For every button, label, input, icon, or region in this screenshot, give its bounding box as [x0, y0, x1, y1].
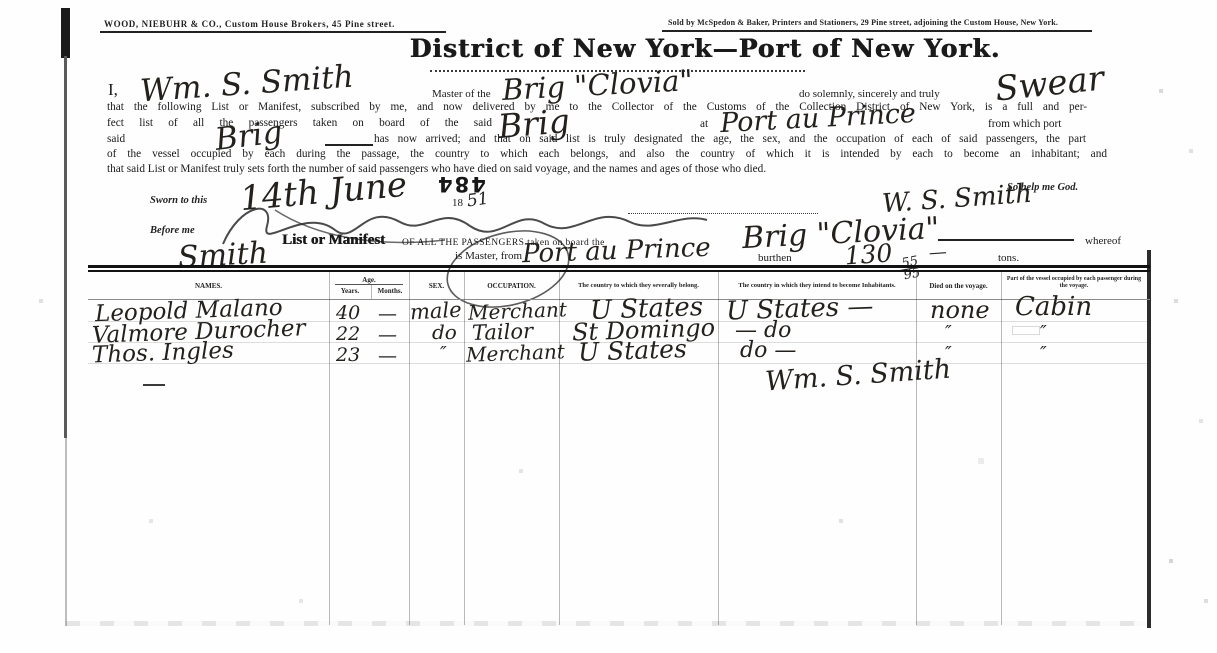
col-line-1	[329, 272, 330, 625]
age-rule	[335, 284, 403, 285]
printer-imprint-right: Sold by McSpedon & Baker, Printers and S…	[668, 18, 1058, 27]
row3-age-years: 23	[336, 344, 360, 366]
header-died: Died on the voyage.	[916, 282, 1001, 290]
table-top-rule	[88, 265, 1150, 272]
oath-line3: fect list of all the passengers taken on…	[107, 117, 492, 129]
page-title: District of New York—Port of New York.	[380, 34, 1030, 63]
row3-vessel-part: ″	[1040, 343, 1047, 364]
manifest-is-master-from: is Master, from	[455, 250, 522, 262]
left-edge-line	[64, 56, 67, 438]
oath-solemnly: do solemnly, sincerely and truly	[799, 88, 940, 100]
manifest-burthen: burthen	[758, 252, 792, 264]
oath-from-which-port: from which port	[988, 118, 1061, 130]
header-country-belong: The country to which they severally belo…	[562, 282, 715, 290]
oath-master-of-the: Master of the	[432, 88, 491, 100]
left-edge-dark	[61, 8, 70, 58]
printer-imprint-left: WOOD, NIEBUHR & CO., Custom House Broker…	[104, 19, 395, 29]
col-line-7	[1001, 272, 1002, 625]
imprint-right-rule	[662, 30, 1092, 32]
oath-line4: has now arrived; and that on said list i…	[374, 133, 1086, 145]
row3-country-belong: U States	[578, 334, 688, 367]
row2-died: ″	[945, 322, 952, 343]
row1-age-years: 40	[336, 302, 360, 324]
tonnage-handwritten: 1305595 —	[844, 234, 949, 284]
header-vessel-part: Part of the vessel occupied by each pass…	[1006, 276, 1142, 290]
row3-name: Thos. Ingles	[92, 338, 235, 369]
row3-occupation: Merchant	[466, 339, 566, 366]
row3-age-months: —	[378, 345, 397, 367]
fill-dash-1	[325, 144, 373, 146]
row2-sex: do	[432, 320, 457, 344]
oath-at: at	[700, 118, 708, 130]
oath-line2: that the following List or Manifest, sub…	[107, 101, 1087, 113]
row3-country-inhabit: do —	[740, 338, 796, 363]
bottom-edge	[66, 621, 1150, 626]
manifest-document: WOOD, NIEBUHR & CO., Custom House Broker…	[0, 0, 1217, 653]
header-occupation: OCCUPATION.	[464, 282, 559, 290]
scan-noise	[0, 0, 2, 2]
row1-died: none	[930, 296, 990, 324]
before-me-label: Before me	[150, 225, 195, 236]
row1-vessel-part: Cabin	[1015, 292, 1092, 322]
oath-said: said	[107, 133, 125, 145]
faint-stamp-mark	[1012, 326, 1040, 335]
right-edge-line	[1147, 250, 1151, 628]
col-line-5	[718, 272, 719, 625]
row2-age-years: 22	[336, 323, 360, 345]
manifest-tons: tons.	[998, 252, 1019, 264]
col-line-4	[559, 272, 560, 625]
left-edge-faint	[65, 438, 67, 626]
manifest-whereof: whereof	[1085, 235, 1121, 247]
col-line-6	[916, 272, 917, 625]
header-age: Age.	[329, 276, 409, 284]
row2-age-months: —	[378, 324, 397, 346]
imprint-left-rule	[100, 31, 446, 33]
row2-vessel-part: ″	[1040, 322, 1047, 343]
manifest-port-handwritten: Port au Prince	[522, 233, 712, 270]
header-age-years: Years.	[329, 287, 371, 295]
row1-age-months: —	[378, 303, 397, 325]
header-names: NAMES.	[88, 282, 329, 290]
header-age-months: Months.	[371, 287, 409, 295]
header-sex: SEX.	[409, 282, 464, 290]
oath-line5: of the vessel occupied by each during th…	[107, 148, 1107, 160]
names-column-dash	[143, 384, 165, 386]
fill-dash-2	[938, 239, 1074, 241]
col-line-3	[464, 272, 465, 625]
row3-sex: ″	[440, 343, 447, 364]
header-country-inhabit: The country in which they intend to beco…	[721, 282, 913, 290]
tonnage-dash: —	[928, 241, 947, 263]
oath-i: I,	[108, 80, 118, 100]
col-line-2	[409, 272, 410, 625]
manifest-heading: List or Manifest	[282, 232, 385, 249]
sworn-to-this-label: Sworn to this	[150, 195, 207, 206]
